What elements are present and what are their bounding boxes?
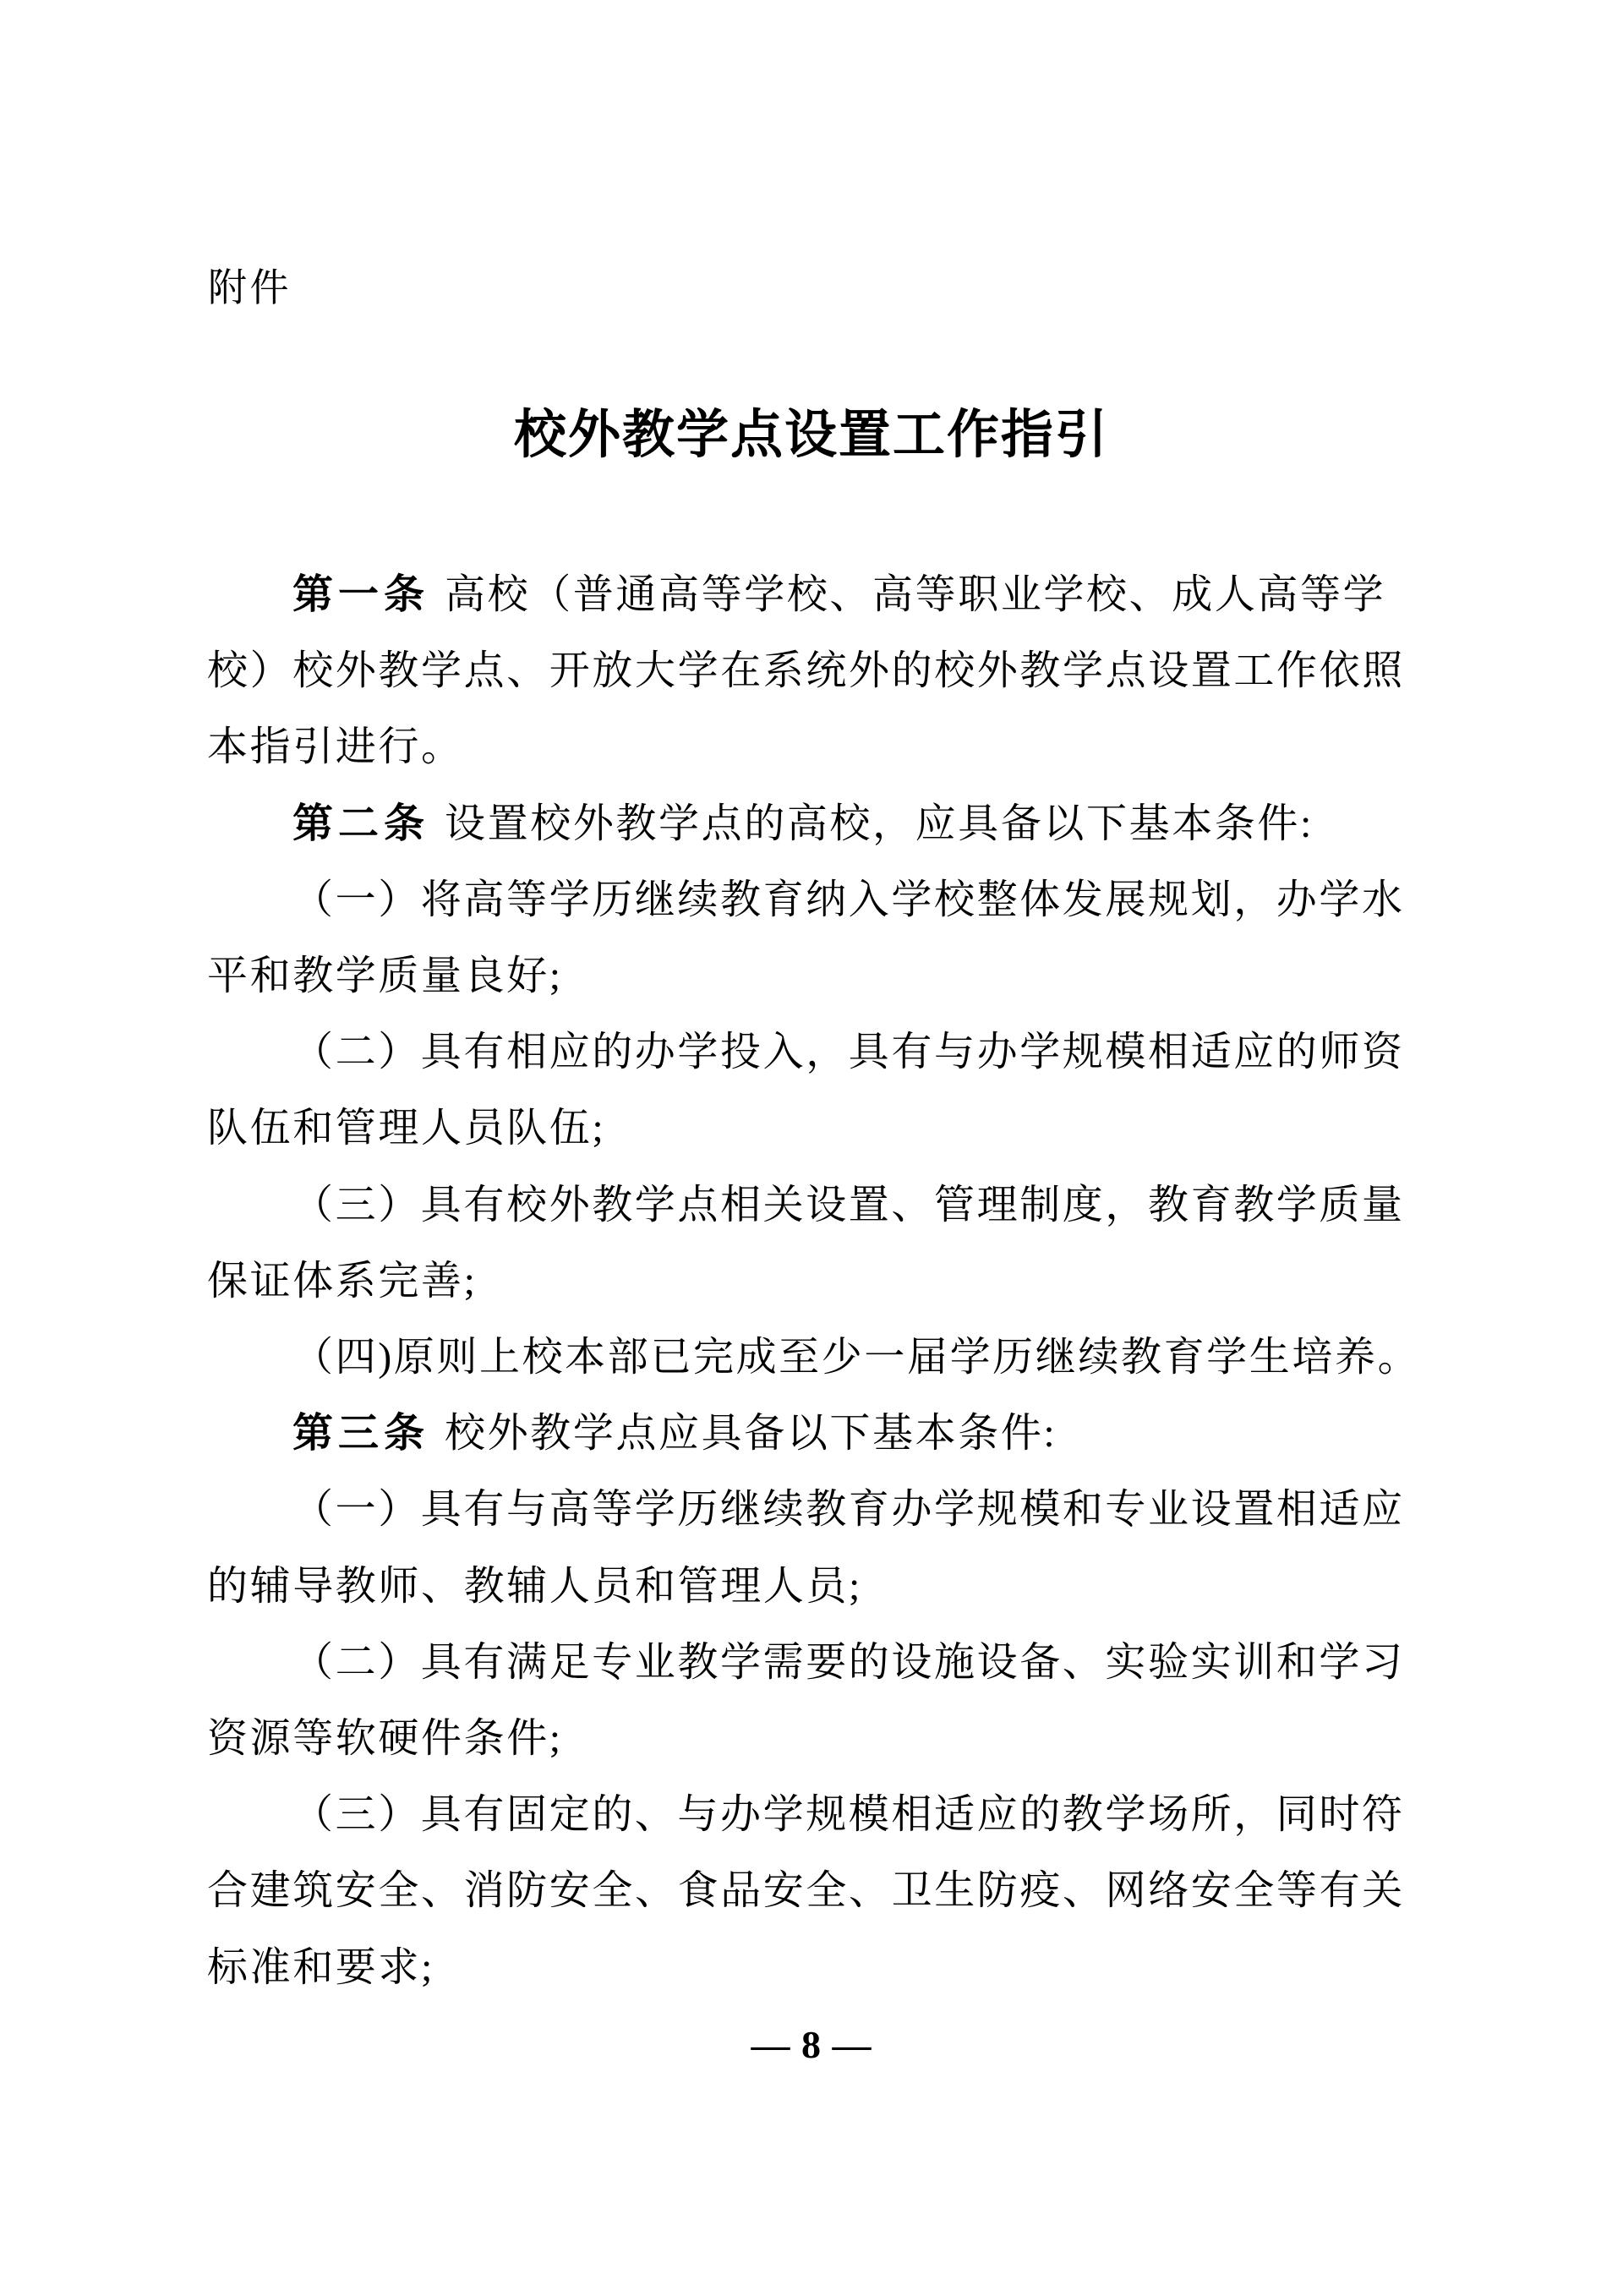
body-text: 设置校外教学点的高校，应具备以下基本条件: bbox=[445, 801, 1314, 846]
body-text: 校）校外教学点、开放大学在系统外的校外教学点设置工作依照 bbox=[207, 648, 1405, 693]
body-line: （一）将高等学历继续教育纳入学校整体发展规划，办学水 bbox=[292, 879, 1405, 921]
body-line: （三）具有固定的、与办学规模相适应的教学场所，同时符 bbox=[292, 1794, 1405, 1836]
body-text: 队伍和管理人员队伍; bbox=[207, 1106, 605, 1151]
document-page: 附件 校外教学点设置工作指引 第一条高校（普通高等学校、高等职业学校、成人高等学… bbox=[0, 0, 1623, 2296]
body-line: 资源等软硬件条件; bbox=[207, 1718, 563, 1760]
attachment-label: 附件 bbox=[208, 268, 292, 307]
body-line: 第二条设置校外教学点的高校，应具备以下基本条件: bbox=[292, 803, 1314, 845]
body-text: 校外教学点应具备以下基本条件: bbox=[445, 1411, 1057, 1456]
body-text: （一）具有与高等学历继续教育办学规模和专业设置相适应 bbox=[292, 1487, 1405, 1532]
body-line: （一）具有与高等学历继续教育办学规模和专业设置相适应 bbox=[292, 1489, 1405, 1531]
body-line: 本指引进行。 bbox=[207, 726, 464, 768]
body-line: 第三条校外教学点应具备以下基本条件: bbox=[292, 1413, 1057, 1455]
body-text: 本指引进行。 bbox=[207, 724, 464, 769]
body-text: （一）将高等学历继续教育纳入学校整体发展规划，办学水 bbox=[292, 877, 1405, 922]
body-line: （二）具有满足专业教学需要的设施设备、实验实训和学习 bbox=[292, 1642, 1405, 1684]
body-text: 保证体系完善; bbox=[207, 1259, 478, 1304]
body-line: （二）具有相应的办学投入，具有与办学规模相适应的师资 bbox=[292, 1031, 1405, 1074]
body-text: （二）具有满足专业教学需要的设施设备、实验实训和学习 bbox=[292, 1640, 1405, 1685]
body-text: 资源等软硬件条件; bbox=[207, 1716, 563, 1761]
clause-heading: 第一条 bbox=[292, 572, 429, 617]
clause-heading: 第二条 bbox=[292, 801, 429, 846]
body-line: 保证体系完善; bbox=[207, 1260, 478, 1303]
body-line: 平和教学质量良好; bbox=[207, 955, 563, 998]
body-line: 队伍和管理人员队伍; bbox=[207, 1107, 605, 1150]
document-title: 校外教学点设置工作指引 bbox=[0, 408, 1623, 463]
body-text: （三）具有校外教学点相关设置、管理制度，教育教学质量 bbox=[292, 1183, 1405, 1227]
clause-heading: 第三条 bbox=[292, 1411, 429, 1456]
body-line: 合建筑安全、消防安全、食品安全、卫生防疫、网络安全等有关 bbox=[207, 1870, 1405, 1912]
body-line: 标准和要求; bbox=[207, 1947, 434, 1989]
body-text: 平和教学质量良好; bbox=[207, 954, 563, 998]
body-line: 第一条高校（普通高等学校、高等职业学校、成人高等学 bbox=[292, 574, 1385, 616]
body-line: （四)原则上校本部已完成至少一届学历继续教育学生培养。 bbox=[292, 1337, 1420, 1379]
body-text: 高校（普通高等学校、高等职业学校、成人高等学 bbox=[445, 572, 1385, 617]
page-number: — 8 — bbox=[0, 2025, 1623, 2064]
body-text: （二）具有相应的办学投入，具有与办学规模相适应的师资 bbox=[292, 1030, 1405, 1074]
body-line: 的辅导教师、教辅人员和管理人员; bbox=[207, 1566, 862, 1608]
body-line: 校）校外教学点、开放大学在系统外的校外教学点设置工作依照 bbox=[207, 650, 1405, 692]
body-text: （三）具有固定的、与办学规模相适应的教学场所，同时符 bbox=[292, 1792, 1405, 1837]
body-text: 的辅导教师、教辅人员和管理人员; bbox=[207, 1564, 862, 1609]
body-text: （四)原则上校本部已完成至少一届学历继续教育学生培养。 bbox=[292, 1335, 1420, 1380]
body-text: 标准和要求; bbox=[207, 1945, 434, 1990]
body-line: （三）具有校外教学点相关设置、管理制度，教育教学质量 bbox=[292, 1184, 1405, 1227]
body-text: 合建筑安全、消防安全、食品安全、卫生防疫、网络安全等有关 bbox=[207, 1868, 1405, 1913]
